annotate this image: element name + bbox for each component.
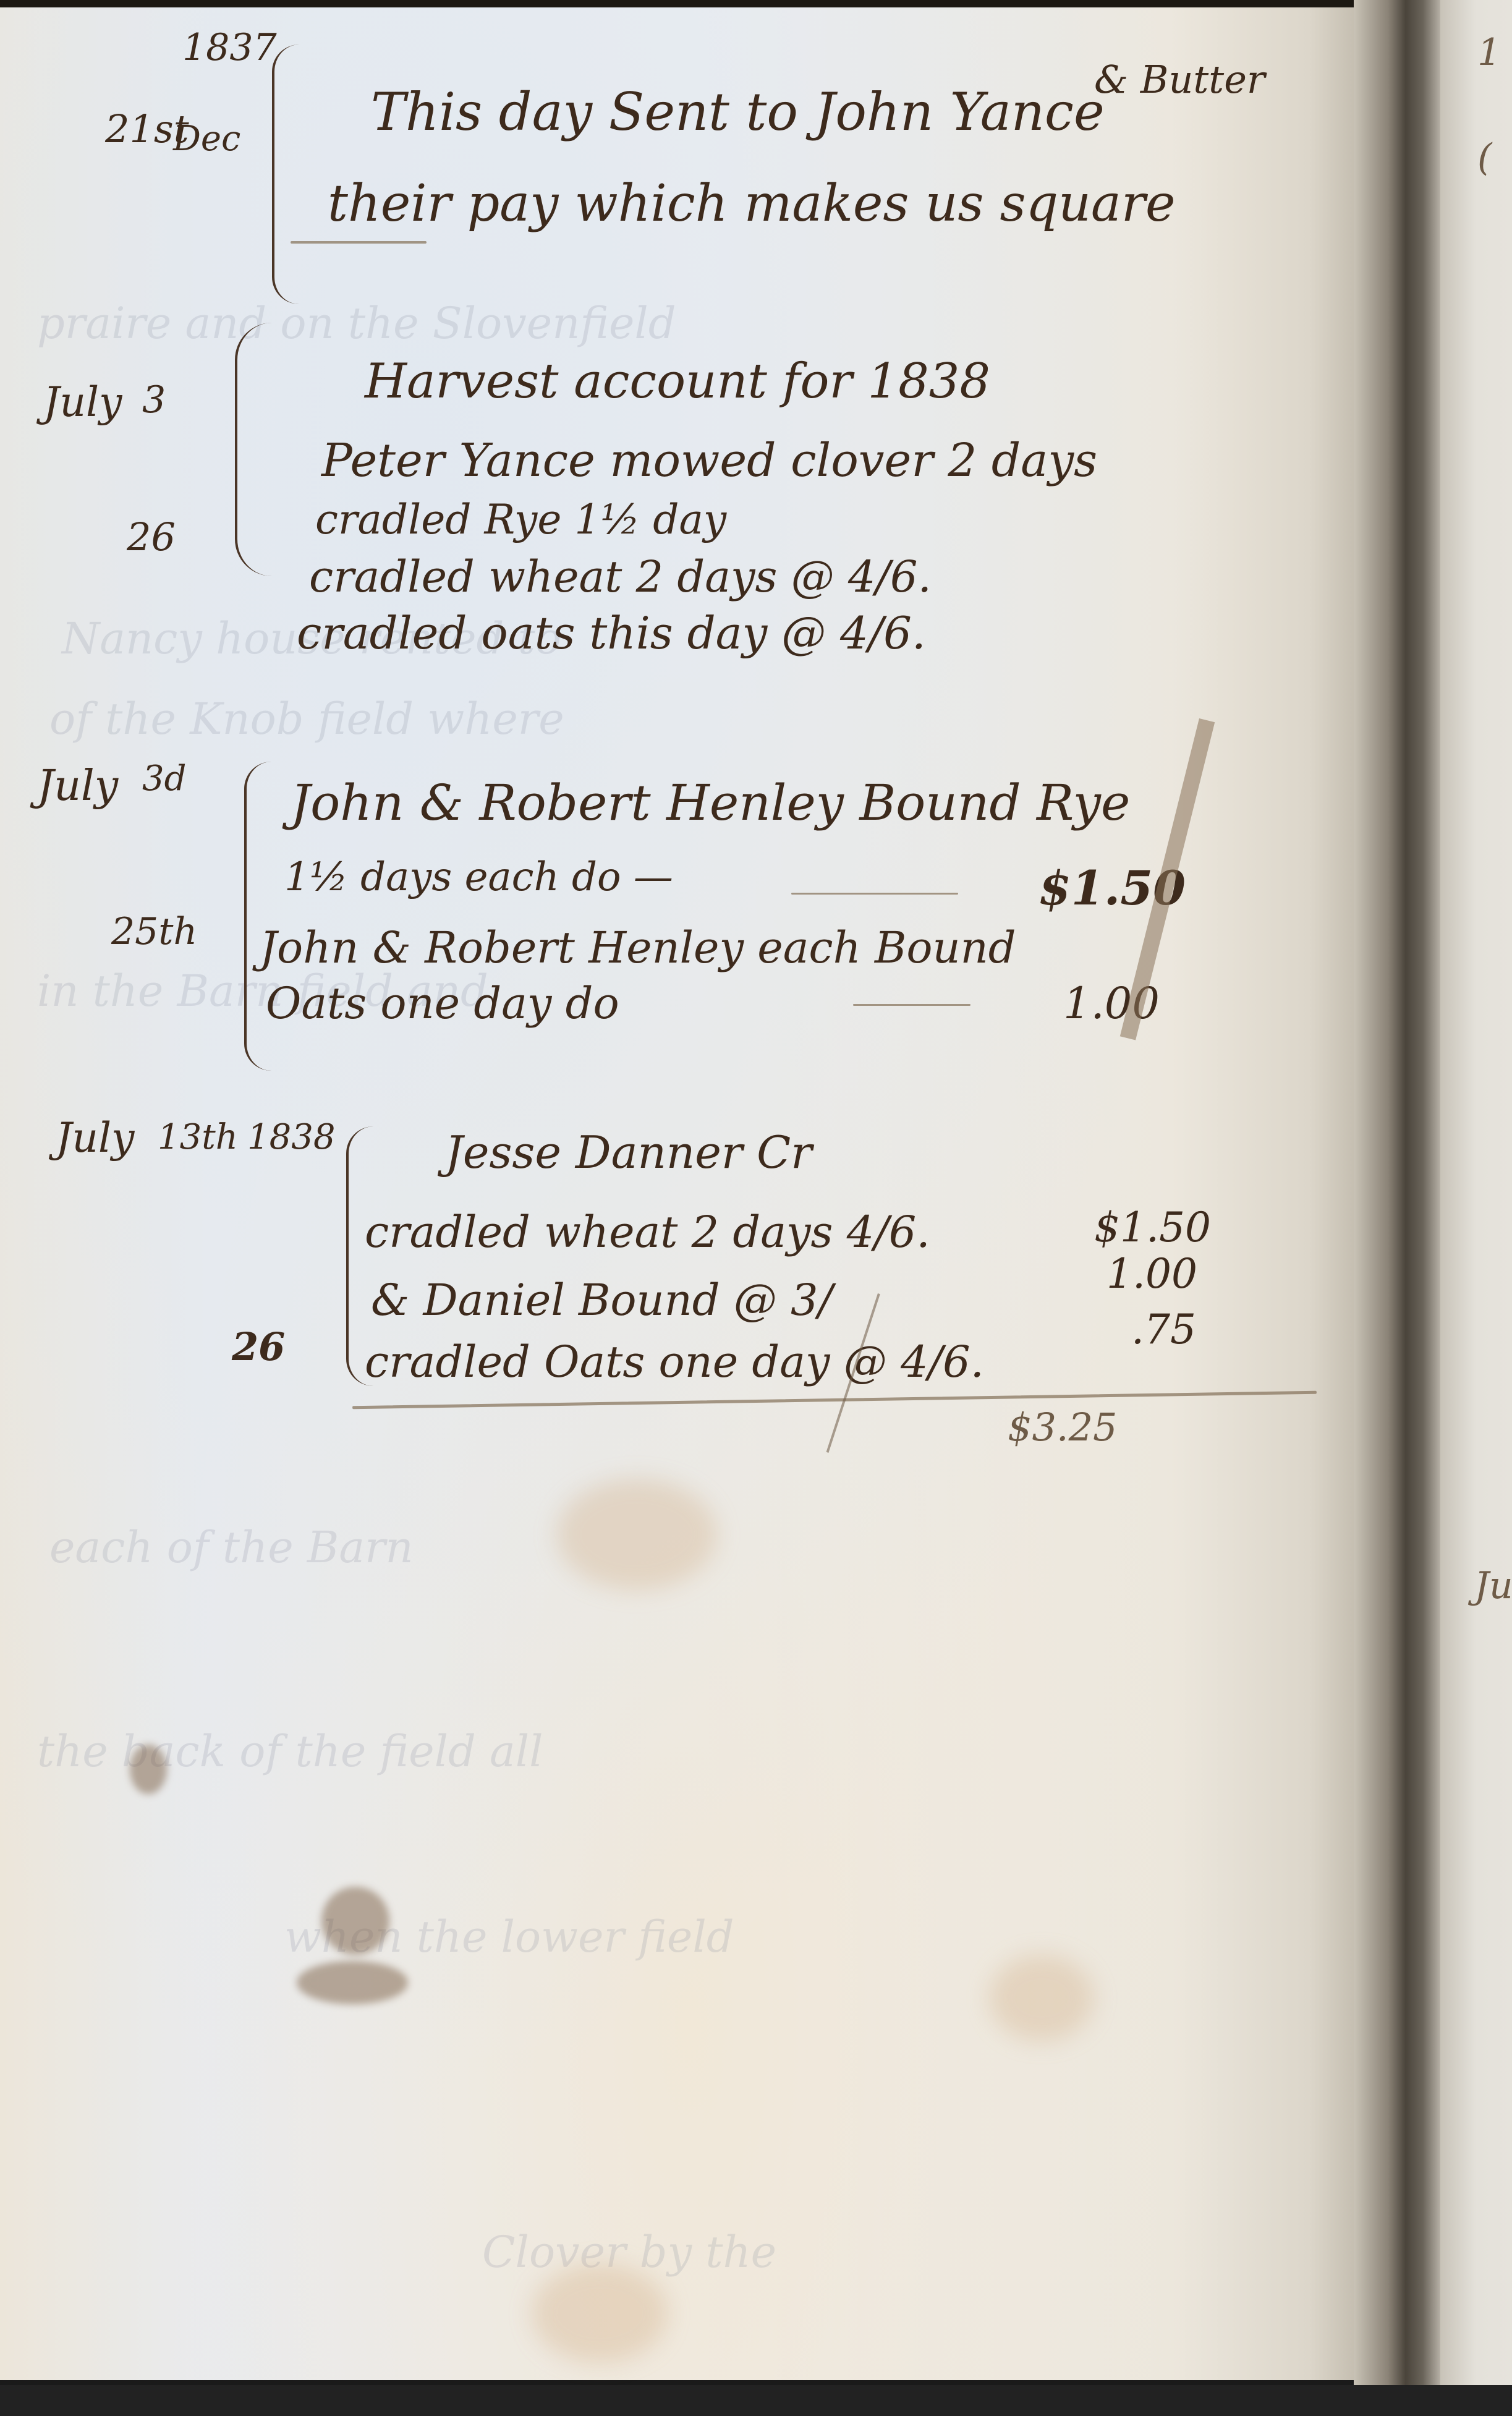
entry-3-leader-line (853, 1004, 970, 1006)
entry-4-line-3: & Daniel Bound @ 3/ (371, 1275, 833, 1325)
entry-3-day-2: 25th (111, 910, 197, 953)
entry-4-day: 13th (158, 1117, 238, 1157)
entry-3-line-2: 1½ days each do — (284, 854, 673, 900)
entry-4-line-4: cradled Oats one day @ 4/6. (365, 1337, 984, 1387)
entry-1-insertion: & Butter (1094, 57, 1265, 102)
facing-page-fragment: Ju (1474, 1564, 1512, 1607)
show-through-text: each of the Barn (49, 1522, 414, 1573)
ink-smudge (321, 1887, 389, 1955)
entry-4-total-rule (352, 1391, 1317, 1410)
entry-3-leader-line (791, 893, 958, 895)
entry-3-day: 3d (142, 759, 186, 799)
entry-2-line-4: cradled oats this day @ 4/6. (297, 607, 926, 659)
entry-3-line-3: John & Robert Henley each Bound (260, 922, 1016, 973)
facing-page-edge: 1 ( Ju (1440, 0, 1512, 2386)
show-through-text: praire and on the Slovenfield (37, 298, 676, 349)
paper-stain (556, 1479, 717, 1590)
ink-smudge (297, 1961, 408, 2004)
paper-stain (989, 1955, 1094, 2041)
entry-2-heading: Harvest account for 1838 (365, 354, 990, 409)
entry-1-line-2: their pay which makes us square (328, 174, 1176, 233)
entry-2-month: July (43, 378, 122, 426)
entry-3-month: July (37, 762, 118, 810)
entry-4-line-1: Jesse Danner Cr (445, 1126, 812, 1178)
entry-2-line-2: cradled Rye 1½ day (315, 496, 726, 543)
entry-4-line-2: cradled wheat 2 days 4/6. (365, 1207, 930, 1257)
ledger-page: praire and on the Slovenfield Nancy hous… (0, 7, 1378, 2380)
entry-2-day-2: 26 (127, 514, 176, 559)
entry-2-line-3: cradled wheat 2 days @ 4/6. (309, 551, 932, 602)
entry-4-month: July (56, 1114, 134, 1162)
entry-2-day: 3 (142, 378, 166, 422)
entry-1-brace (272, 45, 299, 304)
entry-1-line-1: This day Sent to John Yance (371, 82, 1105, 142)
entry-2-line-1: Peter Yance mowed clover 2 days (321, 434, 1097, 487)
entry-1-year: 1837 (182, 26, 277, 69)
book-bottom-edge (0, 2385, 1512, 2416)
show-through-text: the back of the field all (37, 1726, 543, 1777)
show-through-text: of the Knob field where (49, 694, 564, 744)
entry-3-line-1: John & Robert Henley Bound Rye (291, 774, 1130, 832)
ink-blot (130, 1745, 167, 1794)
entry-4-amount-3: .75 (1131, 1306, 1196, 1353)
entry-4-day-2: 26 (232, 1324, 285, 1369)
entry-4-amount-1: $1.50 (1094, 1204, 1211, 1251)
entry-1-underline (291, 241, 427, 244)
paper-stain (532, 2264, 668, 2363)
entry-1-month: Dec (173, 119, 240, 159)
entry-3-line-4: Oats one day do (266, 978, 619, 1029)
facing-page-fragment: 1 (1477, 31, 1501, 74)
entry-2-brace (235, 323, 274, 576)
entry-4-year: 1838 (247, 1117, 336, 1157)
facing-page-fragment: ( (1477, 136, 1492, 179)
book-gutter (1354, 0, 1440, 2386)
entry-4-total: $3.25 (1008, 1405, 1118, 1450)
entry-4-amount-2: 1.00 (1106, 1250, 1197, 1298)
